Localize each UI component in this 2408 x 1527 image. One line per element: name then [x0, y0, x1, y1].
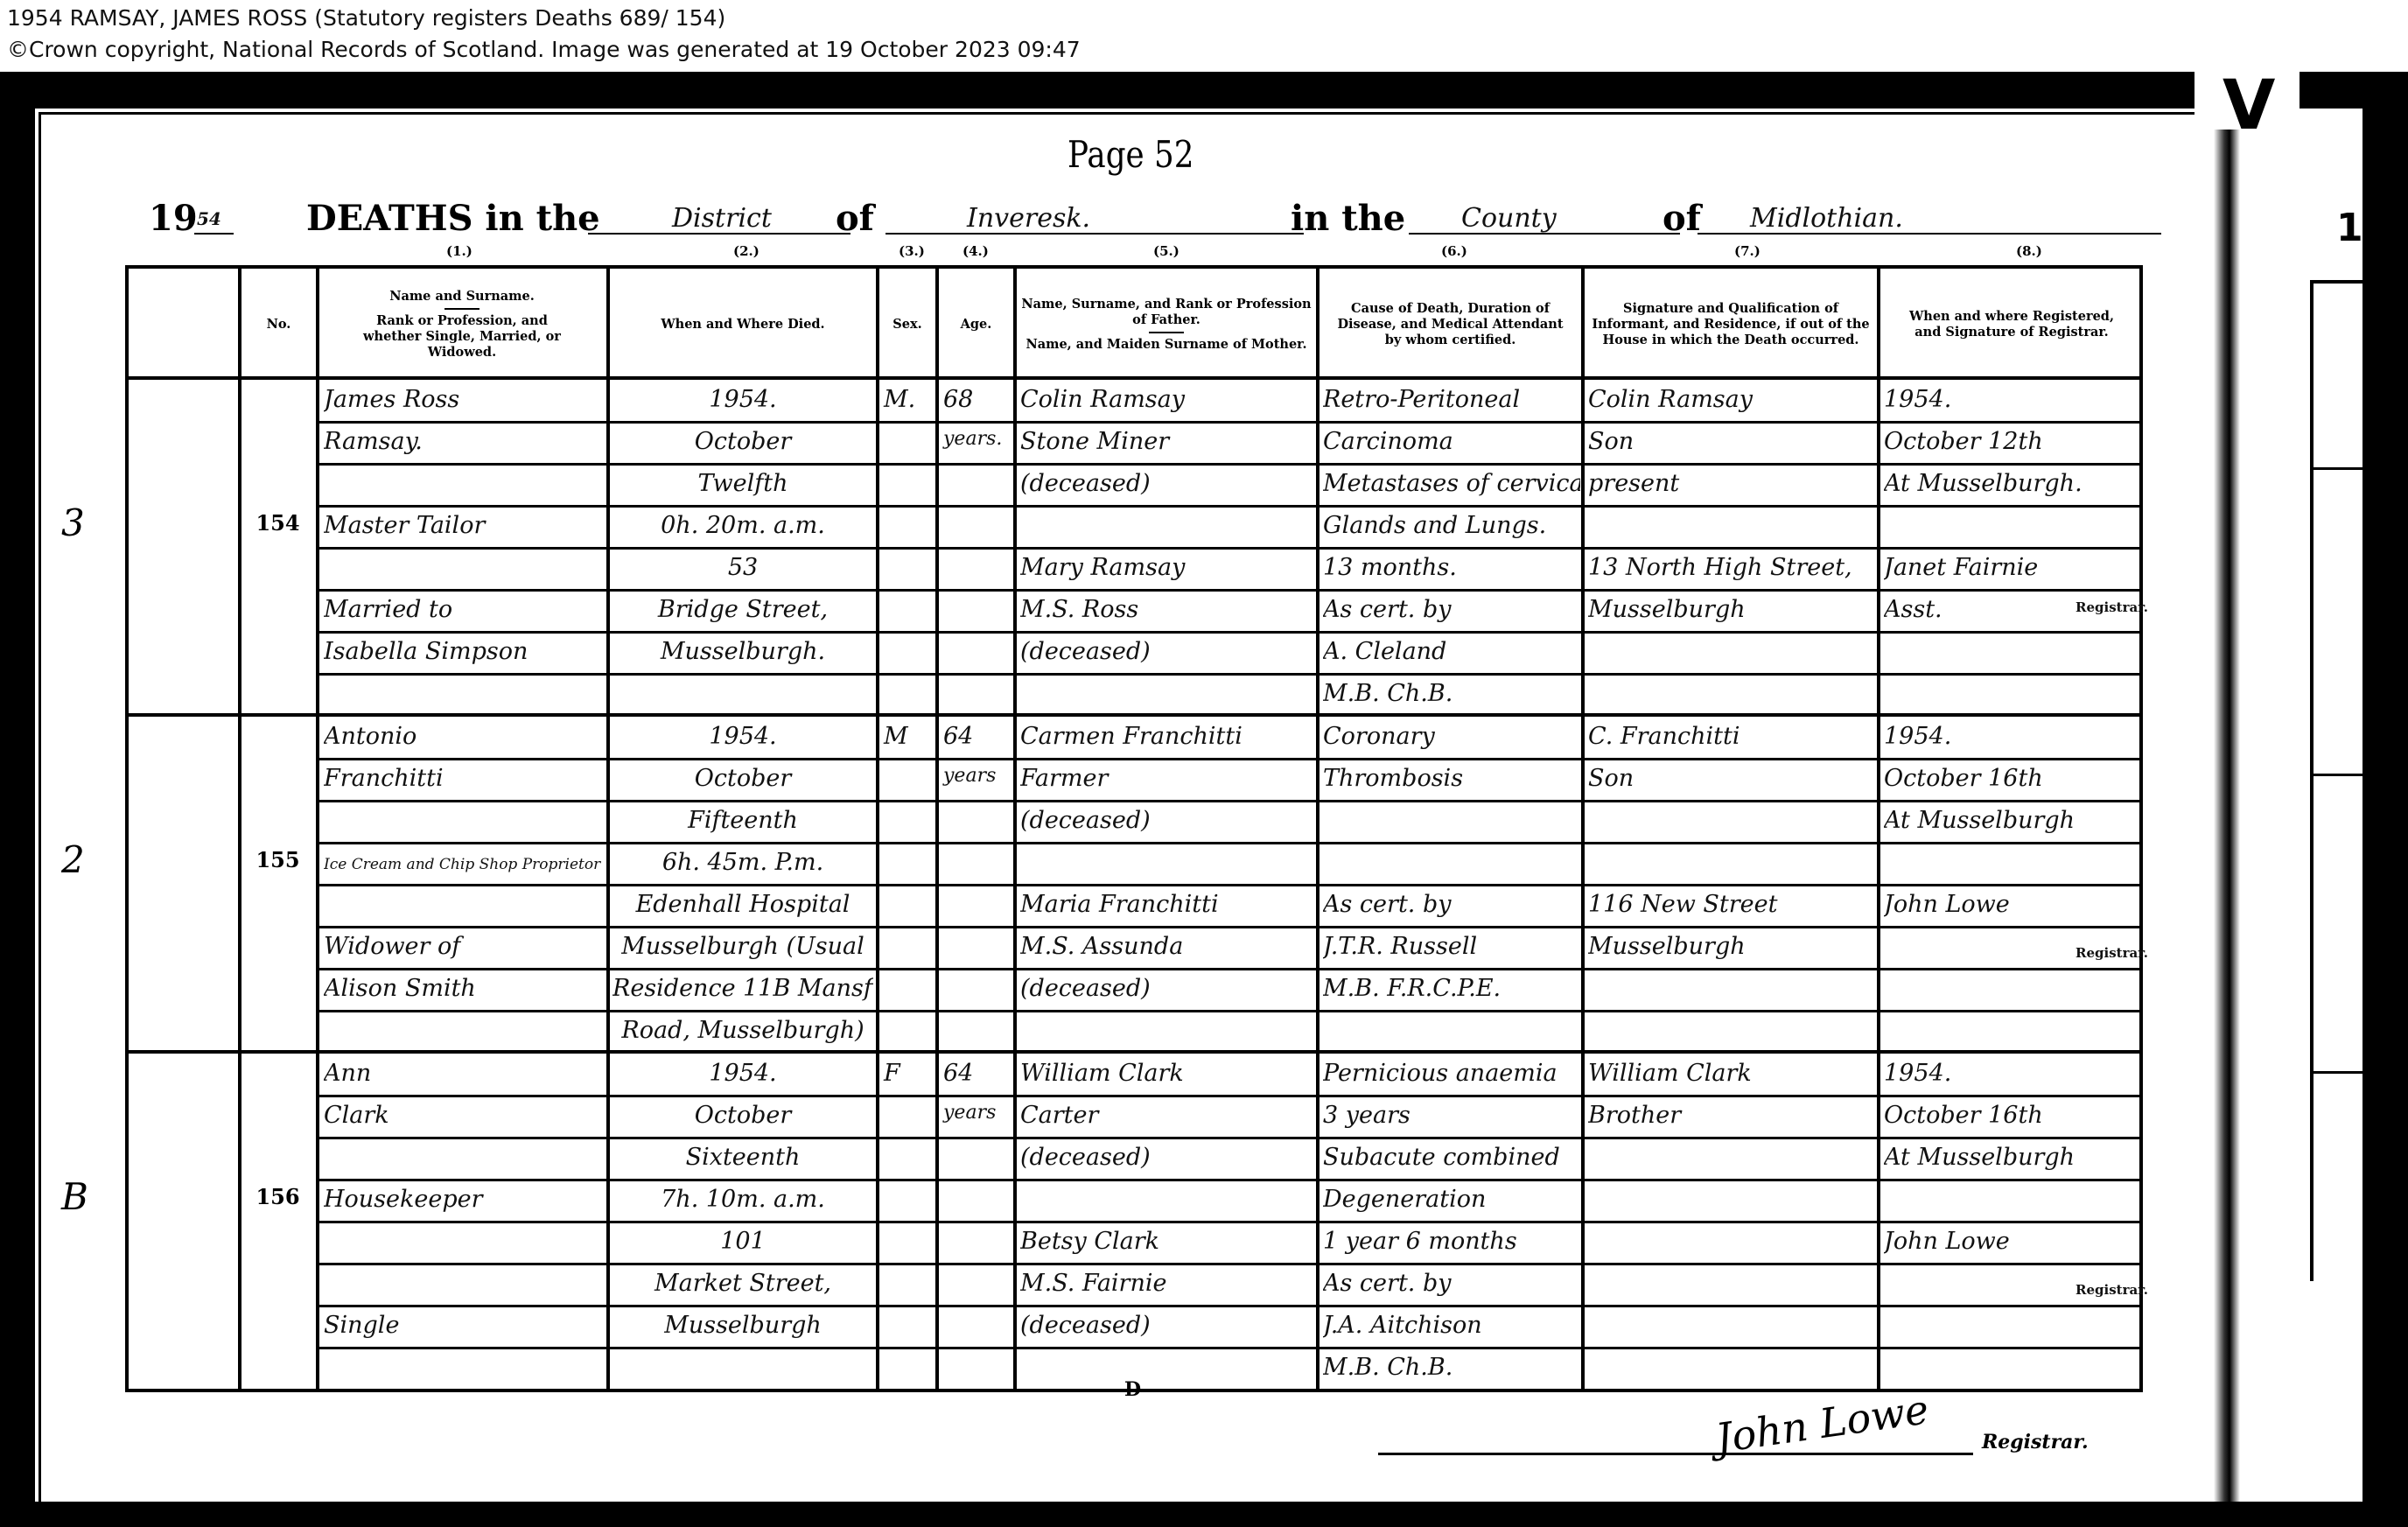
ruled-line [878, 1137, 935, 1139]
ruled-line [1015, 758, 1316, 760]
ruled-line [1879, 1305, 2143, 1307]
informant-line: Musselburgh [1588, 596, 1875, 623]
ruled-line [1318, 1221, 1581, 1223]
ruled-line [1318, 1263, 1581, 1265]
ruled-line [318, 547, 606, 550]
ruled-line [1015, 1095, 1316, 1097]
ruled-line [318, 1347, 606, 1349]
ruled-line [878, 1010, 935, 1012]
ruled-line [1879, 505, 2143, 508]
ruled-line [1318, 631, 1581, 634]
header-name-bottom: Rank or Profession, and whether Single, … [319, 313, 605, 361]
ruled-line [1583, 589, 1877, 592]
ruled-line [318, 1095, 606, 1097]
ruled-line [608, 968, 876, 970]
ruled-line [937, 673, 1013, 676]
ruled-line [1879, 1137, 2143, 1139]
registered-line: October 16th [1884, 765, 2141, 792]
entry-divider [125, 1050, 2143, 1054]
ruled-line [1583, 926, 1877, 928]
ruled-line [318, 842, 606, 844]
informant-line: Colin Ramsay [1588, 386, 1875, 413]
ruled-line [878, 673, 935, 676]
registrar-label: Registrar. [2075, 945, 2148, 961]
district-name: Inveresk. [967, 203, 1090, 234]
ruled-line [878, 1305, 935, 1307]
when-where-line: 1954. [612, 723, 873, 750]
ruled-line [318, 1179, 606, 1181]
ruled-line [937, 1347, 1013, 1349]
ruled-line [318, 968, 606, 970]
ruled-line [878, 842, 935, 844]
ruled-line [1879, 631, 2143, 634]
ruled-line [937, 968, 1013, 970]
of-label-2: of [1662, 198, 1701, 239]
ruled-line [1318, 589, 1581, 592]
ruled-line [1879, 884, 2143, 886]
ruled-line [318, 884, 606, 886]
ruled-line [1879, 421, 2143, 424]
page-number: Page 52 [1067, 133, 1193, 176]
ruled-line [878, 1263, 935, 1265]
cause-line: 13 months. [1323, 554, 1580, 581]
in-the-label: in the [1291, 198, 1405, 239]
ruled-line [1583, 1010, 1877, 1012]
header-parents-top: Name, Surname, and Rank or Profession of… [1017, 297, 1316, 328]
ruled-line [318, 926, 606, 928]
ruled-line [318, 1221, 606, 1223]
name-line: Alison Smith [324, 975, 604, 1002]
registered-line: At Musselburgh. [1884, 470, 2141, 497]
ruled-line [1015, 1221, 1316, 1223]
ruled-line [937, 758, 1013, 760]
header-parents-bottom: Name, and Maiden Surname of Mother. [1025, 337, 1306, 353]
when-where-line: Edenhall Hospital [612, 891, 873, 918]
when-where-line: Fifteenth [612, 807, 873, 834]
ruled-line [1015, 505, 1316, 508]
ruled-line [1318, 463, 1581, 466]
ruled-line [1318, 1305, 1581, 1307]
ruled-line [1583, 758, 1877, 760]
name-line: Clark [324, 1102, 604, 1129]
informant-line: C. Franchitti [1588, 723, 1875, 750]
ruled-line [1879, 842, 2143, 844]
registered-line: 1954. [1884, 723, 2141, 750]
of-label-1: of [836, 198, 874, 239]
column-number-4: (4.) [962, 243, 989, 259]
cause-line: M.B. Ch.B. [1323, 680, 1580, 707]
ruled-line [1583, 547, 1877, 550]
column-number-2: (2.) [733, 243, 759, 259]
ruled-line [1879, 758, 2143, 760]
header-name-top: Name and Surname. [389, 289, 535, 305]
when-where-line: Twelfth [612, 470, 873, 497]
ruled-line [1318, 1095, 1581, 1097]
ruled-line [318, 1305, 606, 1307]
parents-line: M.S. Fairnie [1020, 1270, 1314, 1297]
ruled-line [1015, 1263, 1316, 1265]
cause-line: Pernicious anaemia [1323, 1060, 1580, 1087]
ruled-line [608, 631, 876, 634]
cause-line: Metastases of cervical [1323, 470, 1580, 497]
ruled-line [318, 463, 606, 466]
ruled-line [878, 421, 935, 424]
parents-line: Maria Franchitti [1020, 891, 1314, 918]
column-divider [238, 265, 241, 1392]
informant-line: William Clark [1588, 1060, 1875, 1087]
header-name: Name and Surname. Rank or Profession, an… [319, 273, 605, 376]
registered-line: Janet Fairnie [1884, 554, 2141, 581]
ruled-line [1015, 1137, 1316, 1139]
ruled-line [937, 631, 1013, 634]
registrar-label: Registrar. [1982, 1431, 2089, 1453]
name-line: Ice Cream and Chip Shop Proprietor [324, 856, 604, 873]
ruled-line [937, 800, 1013, 802]
ruled-line [1318, 1010, 1581, 1012]
ruled-line [1879, 589, 2143, 592]
when-where-line: Market Street, [612, 1270, 873, 1297]
name-line: Ramsay. [324, 428, 604, 455]
cause-line: As cert. by [1323, 1270, 1580, 1297]
ruled-line [1583, 1137, 1877, 1139]
cause-line: 1 year 6 months [1323, 1228, 1580, 1255]
ruled-line [318, 631, 606, 634]
name-line: James Ross [324, 386, 604, 413]
ruled-line [318, 421, 606, 424]
ruled-line [318, 673, 606, 676]
ruled-line [608, 1010, 876, 1012]
age-value: years. [943, 428, 1002, 450]
name-line: Master Tailor [324, 512, 604, 539]
ruled-line [1318, 968, 1581, 970]
cause-line: J.T.R. Russell [1323, 933, 1580, 960]
entry-number: 154 [238, 510, 318, 536]
header-when-where: When and Where Died. [610, 273, 876, 376]
ruled-line [1583, 968, 1877, 970]
cause-line: Retro-Peritoneal [1323, 386, 1580, 413]
name-line: Isabella Simpson [324, 638, 604, 665]
ruled-line [878, 631, 935, 634]
registrar-label: Registrar. [2075, 599, 2148, 615]
ruled-line [318, 505, 606, 508]
ruled-line [1879, 463, 2143, 466]
ruled-line [1318, 421, 1581, 424]
ruled-line [1583, 884, 1877, 886]
ruled-line [1015, 926, 1316, 928]
next-page-year: 19 [2336, 206, 2390, 250]
ruled-line [1015, 631, 1316, 634]
registered-line: John Lowe [1884, 1228, 2141, 1255]
ruled-line [608, 1179, 876, 1181]
column-number-1: (1.) [446, 243, 472, 259]
name-line: Single [324, 1312, 604, 1339]
age-value: 64 [943, 1060, 973, 1087]
ruled-line [937, 1305, 1013, 1307]
margin-annotation: B [61, 1175, 88, 1218]
ruled-line [1879, 800, 2143, 802]
ruled-line [1015, 589, 1316, 592]
ruled-line [1318, 505, 1581, 508]
ruled-line [937, 505, 1013, 508]
parents-line: Carmen Franchitti [1020, 723, 1314, 750]
ruled-line [937, 842, 1013, 844]
parents-line: (deceased) [1020, 975, 1314, 1002]
ruled-line [1583, 631, 1877, 634]
parents-line: Betsy Clark [1020, 1228, 1314, 1255]
ruled-line [608, 463, 876, 466]
ruled-line [937, 463, 1013, 466]
informant-line: Son [1588, 428, 1875, 455]
cause-line: Carcinoma [1323, 428, 1580, 455]
ruled-line [937, 926, 1013, 928]
ruled-line [1583, 800, 1877, 802]
ruled-line [1583, 421, 1877, 424]
ruled-line [1583, 1221, 1877, 1223]
registrar-label: Registrar. [2075, 1282, 2148, 1298]
ruled-line [608, 1221, 876, 1223]
scan-border-bottom [0, 1502, 2408, 1527]
entry-number: 155 [238, 847, 318, 872]
ruled-line [1879, 1221, 2143, 1223]
footer-mark: D [1124, 1378, 1141, 1401]
ruled-line [878, 505, 935, 508]
deaths-in-the-label: DEATHS in the [306, 198, 600, 239]
scan-border-top [0, 72, 2408, 109]
header-no: No. [241, 273, 316, 376]
sex-value: F [884, 1060, 900, 1087]
when-where-line: 1954. [612, 1060, 873, 1087]
name-line: Housekeeper [324, 1186, 604, 1213]
ruled-line [608, 505, 876, 508]
ruled-line [1318, 1347, 1581, 1349]
ruled-line [608, 589, 876, 592]
ruled-line [937, 1221, 1013, 1223]
ruled-line [1879, 926, 2143, 928]
ruled-line [318, 589, 606, 592]
ruled-line [878, 1179, 935, 1181]
name-line: Married to [324, 596, 604, 623]
informant-line: 116 New Street [1588, 891, 1875, 918]
parents-line: William Clark [1020, 1060, 1314, 1087]
year-prefix: 19 [149, 198, 198, 239]
cause-line: Degeneration [1323, 1186, 1580, 1213]
registered-line: October 12th [1884, 428, 2141, 455]
parents-line: Mary Ramsay [1020, 554, 1314, 581]
ruled-line [878, 968, 935, 970]
ruled-line [937, 1137, 1013, 1139]
parents-line: Farmer [1020, 765, 1314, 792]
ruled-line [1583, 673, 1877, 676]
header-parents: Name, Surname, and Rank or Profession of… [1017, 273, 1316, 376]
header-divider [125, 376, 2143, 380]
when-where-line: Road, Musselburgh) [612, 1017, 873, 1044]
ruled-line [1318, 547, 1581, 550]
ruled-line [1015, 800, 1316, 802]
ruled-line [1015, 421, 1316, 424]
parents-line: Stone Miner [1020, 428, 1314, 455]
cause-line: M.B. Ch.B. [1323, 1354, 1580, 1381]
age-value: 64 [943, 723, 973, 750]
registered-line: At Musselburgh [1884, 807, 2141, 834]
ruled-line [608, 842, 876, 844]
ruled-line [1583, 1347, 1877, 1349]
ruled-line [878, 758, 935, 760]
ruled-line [1015, 1347, 1316, 1349]
scan-border-left [0, 72, 35, 1527]
ruled-line [1318, 842, 1581, 844]
column-number-8: (8.) [2016, 243, 2042, 259]
ruled-line [878, 1347, 935, 1349]
ruled-line [1015, 547, 1316, 550]
ruled-line [1318, 800, 1581, 802]
year-value: 54 [197, 208, 221, 229]
ruled-line [878, 1221, 935, 1223]
ruled-line [1015, 1179, 1316, 1181]
header-registered: When and where Registered, and Signature… [1880, 273, 2143, 376]
ruled-line [878, 463, 935, 466]
ruled-line [878, 547, 935, 550]
registered-line: At Musselburgh [1884, 1144, 2141, 1171]
when-where-line: 101 [612, 1228, 873, 1255]
register-heading: 19 54 DEATHS in the District of Inveresk… [149, 198, 2161, 250]
parents-line: (deceased) [1020, 638, 1314, 665]
ruled-line [608, 421, 876, 424]
registered-line: October 16th [1884, 1102, 2141, 1129]
ruled-line [318, 1010, 606, 1012]
age-value: 68 [943, 386, 973, 413]
ruled-line [1879, 968, 2143, 970]
entry-number: 156 [238, 1184, 318, 1209]
ruled-line [318, 1263, 606, 1265]
ruled-line [608, 547, 876, 550]
ruled-line [937, 1095, 1013, 1097]
ruled-line [1879, 1010, 2143, 1012]
next-page-table [2310, 280, 2375, 1281]
ruled-line [937, 884, 1013, 886]
parents-line: M.S. Assunda [1020, 933, 1314, 960]
header-informant: Signature and Qualification of Informant… [1585, 273, 1877, 376]
ruled-line [878, 800, 935, 802]
cause-line: Coronary [1323, 723, 1580, 750]
informant-line: Musselburgh [1588, 933, 1875, 960]
parents-line: (deceased) [1020, 470, 1314, 497]
informant-line: present [1588, 470, 1875, 497]
when-where-line: Sixteenth [612, 1144, 873, 1171]
ruled-line [1583, 463, 1877, 466]
column-number-7: (7.) [1734, 243, 1760, 259]
ruled-line [1583, 1095, 1877, 1097]
when-where-line: 7h. 10m. a.m. [612, 1186, 873, 1213]
ruled-line [937, 1179, 1013, 1181]
when-where-line: Musselburgh [612, 1312, 873, 1339]
name-line: Franchitti [324, 765, 604, 792]
ruled-line [1015, 673, 1316, 676]
cause-line: A. Cleland [1323, 638, 1580, 665]
ruled-line [608, 673, 876, 676]
ruled-line [1583, 505, 1877, 508]
cause-line: Subacute combined [1323, 1144, 1580, 1171]
book-gutter [2214, 130, 2240, 1502]
ruled-line [937, 547, 1013, 550]
ruled-line [1015, 1010, 1316, 1012]
cause-line: Glands and Lungs. [1323, 512, 1580, 539]
when-where-line: 6h. 45m. P.m. [612, 849, 873, 876]
ruled-line [1318, 926, 1581, 928]
name-line: Ann [324, 1060, 604, 1087]
registrar-signature-line [1378, 1453, 1973, 1455]
ruled-line [608, 1263, 876, 1265]
ruled-line [608, 1137, 876, 1139]
cause-line: As cert. by [1323, 596, 1580, 623]
ruled-line [1879, 1095, 2143, 1097]
name-line: Antonio [324, 723, 604, 750]
when-where-line: 0h. 20m. a.m. [612, 512, 873, 539]
when-where-line: Musselburgh (Usual [612, 933, 873, 960]
ruled-line [1879, 673, 2143, 676]
when-where-line: Residence 11B Mansfield [612, 975, 873, 1002]
ruled-line [318, 758, 606, 760]
ruled-line [937, 1010, 1013, 1012]
informant-line: Brother [1588, 1102, 1875, 1129]
ruled-line [1318, 673, 1581, 676]
ruled-line [878, 926, 935, 928]
ruled-line [1318, 1137, 1581, 1139]
ruled-line [1015, 1305, 1316, 1307]
ruled-line [608, 884, 876, 886]
ruled-line [878, 1095, 935, 1097]
ruled-line [1015, 463, 1316, 466]
ruled-line [937, 421, 1013, 424]
age-value: years [943, 1102, 996, 1124]
ruled-line [608, 926, 876, 928]
ruled-line [1318, 884, 1581, 886]
ruled-line [1879, 1347, 2143, 1349]
registered-line: 1954. [1884, 386, 2141, 413]
cause-line: J.A. Aitchison [1323, 1312, 1580, 1339]
column-number-6: (6.) [1441, 243, 1467, 259]
cause-line: Thrombosis [1323, 765, 1580, 792]
ruled-line [608, 1347, 876, 1349]
header-sex: Sex. [879, 273, 935, 376]
when-where-line: 1954. [612, 386, 873, 413]
margin-annotation: 3 [61, 501, 85, 544]
ruled-line [1015, 842, 1316, 844]
ruled-line [1015, 968, 1316, 970]
informant-line: 13 North High Street, [1588, 554, 1875, 581]
when-where-line: Bridge Street, [612, 596, 873, 623]
name-line: Widower of [324, 933, 604, 960]
when-where-line: 53 [612, 554, 873, 581]
parents-line: (deceased) [1020, 807, 1314, 834]
ruled-line [937, 589, 1013, 592]
ruled-line [1583, 842, 1877, 844]
entry-divider [125, 713, 2143, 717]
parents-line: M.S. Ross [1020, 596, 1314, 623]
copyright-notice: ©Crown copyright, National Records of Sc… [7, 37, 1081, 62]
sex-value: M. [884, 386, 915, 413]
column-number-3: (3.) [899, 243, 925, 259]
ruled-line [608, 758, 876, 760]
parents-line: Carter [1020, 1102, 1314, 1129]
header-age: Age. [939, 273, 1013, 376]
ruled-line [1583, 1305, 1877, 1307]
column-number-5: (5.) [1153, 243, 1179, 259]
ruled-line [878, 884, 935, 886]
ruled-line [1015, 884, 1316, 886]
ruled-line [318, 1137, 606, 1139]
ruled-line [1879, 1263, 2143, 1265]
when-where-line: October [612, 428, 873, 455]
